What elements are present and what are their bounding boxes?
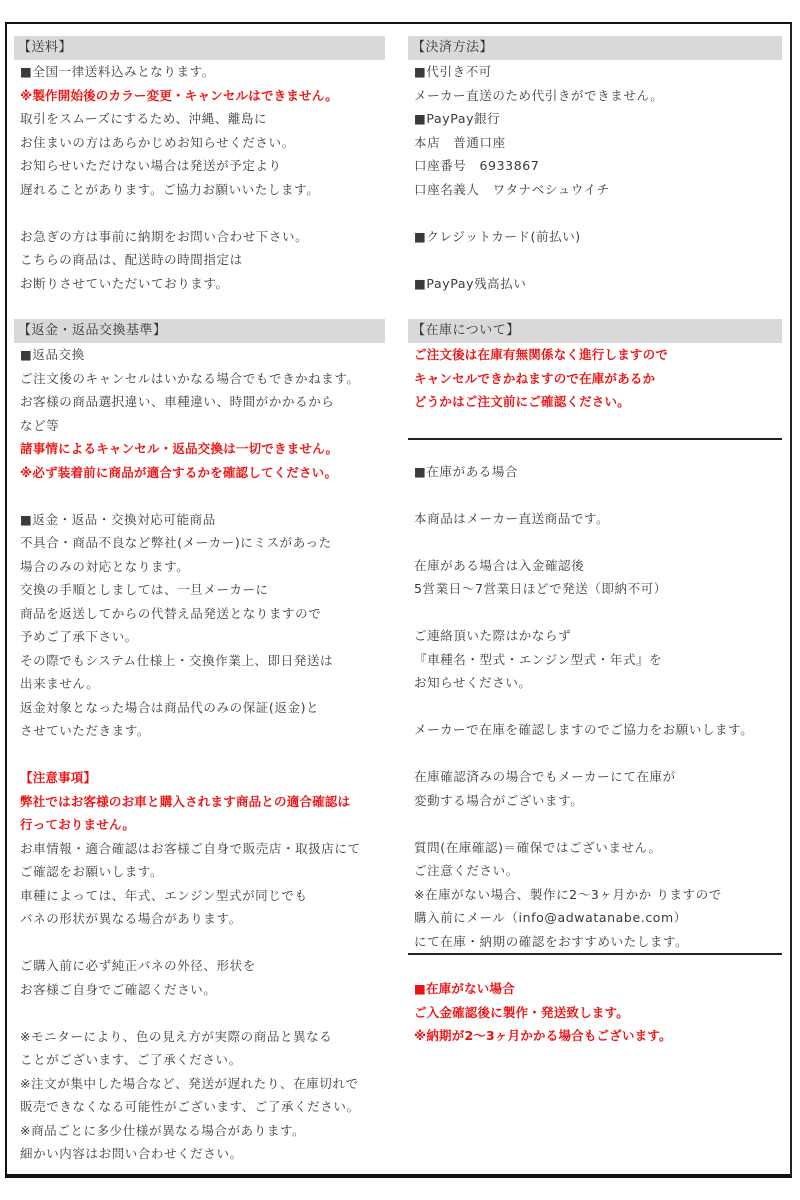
text-line: バネの形状が異なる場合があります。 <box>14 907 385 931</box>
spacer <box>408 414 782 438</box>
text-line: ■PayPay銀行 <box>408 107 782 131</box>
blank-line <box>14 1001 385 1025</box>
text-line: ※注文が集中した場合など、発送が遅れたり、在庫切れで <box>14 1072 385 1096</box>
text-line: ■在庫がある場合 <box>408 460 782 484</box>
text-line: お断りさせていただいております。 <box>14 272 385 296</box>
text-line: ※必ず装着前に商品が適合するかを確認してください。 <box>14 461 385 485</box>
blank-line <box>408 530 782 554</box>
returns-lines: ■返品交換ご注文後のキャンセルはいかなる場合でもできかねます。お客様の商品選択違… <box>14 343 385 1166</box>
text-line: ■在庫がない場合 <box>408 977 782 1001</box>
text-line: 5営業日〜7営業日ほどで発送（即納不可） <box>408 577 782 601</box>
text-line: ※モニターにより、色の見え方が実際の商品と異なる <box>14 1025 385 1049</box>
spacer <box>14 295 385 319</box>
text-line: ことがございます、ご了承ください。 <box>14 1048 385 1072</box>
text-line: 口座名義人 ワタナベシュウイチ <box>408 178 782 202</box>
text-line: 遅れることがあります。ご協力お願いいたします。 <box>14 178 385 202</box>
text-line: 諸事情によるキャンセル・返品交換は一切できません。 <box>14 437 385 461</box>
text-line: ■代引き不可 <box>408 60 782 84</box>
blank-line <box>14 201 385 225</box>
blank-line <box>408 201 782 225</box>
payment-lines: ■代引き不可メーカー直送のため代引きができません。■PayPay銀行本店 普通口… <box>408 60 782 295</box>
text-line: ※納期が2〜3ヶ月かかる場合もございます。 <box>408 1024 782 1048</box>
text-line: キャンセルできかねますので在庫があるか <box>408 367 782 391</box>
text-line: 商品を返送してからの代替え品発送となりますので <box>14 602 385 626</box>
text-line: ご注意ください。 <box>408 859 782 883</box>
spacer <box>408 295 782 319</box>
blank-line <box>408 483 782 507</box>
spacer <box>408 440 782 460</box>
text-line: 車種によっては、年式、エンジン型式が同じでも <box>14 884 385 908</box>
text-line: 口座番号 6933867 <box>408 154 782 178</box>
text-line: 購入前にメール（info@adwatanabe.com） <box>408 906 782 930</box>
text-line: ■返金・返品・交換対応可能商品 <box>14 508 385 532</box>
text-line: 出来ません。 <box>14 672 385 696</box>
text-line: 本店 普通口座 <box>408 131 782 155</box>
text-line: メーカーで在庫を確認しますのでご協力をお願いします。 <box>408 718 782 742</box>
text-line: お客様の商品選択違い、車種違い、時間がかかるから <box>14 390 385 414</box>
text-line: 『車種名・型式・エンジン型式・年式』を <box>408 648 782 672</box>
text-line: ご確認をお願いします。 <box>14 860 385 884</box>
shipping-lines: ■全国一律送料込みとなります。※製作開始後のカラー変更・キャンセルはできません。… <box>14 60 385 295</box>
text-line: 取引をスムーズにするため、沖縄、離島に <box>14 107 385 131</box>
in-stock-lines: ■在庫がある場合本商品はメーカー直送商品です。在庫がある場合は入金確認後5営業日… <box>408 460 782 954</box>
text-line: 弊社ではお客様のお車と購入されます商品との適合確認は <box>14 790 385 814</box>
text-line: 【注意事項】 <box>14 766 385 790</box>
text-line: お知らせください。 <box>408 671 782 695</box>
blank-line <box>14 931 385 955</box>
text-line: お急ぎの方は事前に納期をお問い合わせ下さい。 <box>14 225 385 249</box>
text-line: ご連絡頂いた際はかならず <box>408 624 782 648</box>
text-line: 在庫がある場合は入金確認後 <box>408 554 782 578</box>
section-shipping: 【送料】 ■全国一律送料込みとなります。※製作開始後のカラー変更・キャンセルはで… <box>14 36 385 295</box>
section-header-returns: 【返金・返品交換基準】 <box>14 319 385 343</box>
text-line: 在庫確認済みの場合でもメーカーにて在庫が <box>408 765 782 789</box>
right-column: 【決済方法】 ■代引き不可メーカー直送のため代引きができません。■PayPay銀… <box>408 36 782 1048</box>
section-stock: 【在庫について】 ご注文後は在庫有無関係なく進行しますのでキャンセルできかねます… <box>408 319 782 1048</box>
section-header-payment: 【決済方法】 <box>408 36 782 60</box>
spacer <box>408 955 782 977</box>
text-line: ご注文後は在庫有無関係なく進行しますので <box>408 343 782 367</box>
text-line: お知らせいただけない場合は発送が予定より <box>14 154 385 178</box>
text-line: ■クレジットカード(前払い) <box>408 225 782 249</box>
text-line: こちらの商品は、配送時の時間指定は <box>14 248 385 272</box>
text-line: ご購入前に必ず純正バネの外径、形状を <box>14 954 385 978</box>
section-payment: 【決済方法】 ■代引き不可メーカー直送のため代引きができません。■PayPay銀… <box>408 36 782 295</box>
text-line: 質問(在庫確認)＝確保ではございません。 <box>408 836 782 860</box>
text-line: ※製作開始後のカラー変更・キャンセルはできません。 <box>14 84 385 108</box>
text-line: させていただきます。 <box>14 719 385 743</box>
section-header-shipping: 【送料】 <box>14 36 385 60</box>
text-line: ※在庫がない場合、製作に2〜3ヶ月かか りますので <box>408 883 782 907</box>
text-line: どうかはご注文前にご確認ください。 <box>408 390 782 414</box>
text-line: 細かい内容はお問い合わせください。 <box>14 1142 385 1166</box>
text-line: ■返品交換 <box>14 343 385 367</box>
text-line: 不具合・商品不良など弊社(メーカー)にミスがあった <box>14 531 385 555</box>
text-line: にて在庫・納期の確認をおすすめいたします。 <box>408 930 782 954</box>
text-line: お車情報・適合確認はお客様ご自身で販売店・取扱店にて <box>14 837 385 861</box>
text-line: 行っておりません。 <box>14 813 385 837</box>
text-line: ■全国一律送料込みとなります。 <box>14 60 385 84</box>
text-line: ※商品ごとに多少仕様が異なる場合があります。 <box>14 1119 385 1143</box>
text-line: お住まいの方はあらかじめお知らせください。 <box>14 131 385 155</box>
text-line: 場合のみの対応となります。 <box>14 555 385 579</box>
blank-line <box>408 248 782 272</box>
text-line: その際でもシステム仕様上・交換作業上、即日発送は <box>14 649 385 673</box>
blank-line <box>408 695 782 719</box>
section-returns: 【返金・返品交換基準】 ■返品交換ご注文後のキャンセルはいかなる場合でもできかね… <box>14 319 385 1166</box>
text-line: ご入金確認後に製作・発送致します。 <box>408 1001 782 1025</box>
text-line: 販売できなくなる可能性がございます、ご了承ください。 <box>14 1095 385 1119</box>
text-line: など等 <box>14 414 385 438</box>
blank-line <box>14 484 385 508</box>
out-of-stock-lines: ■在庫がない場合ご入金確認後に製作・発送致します。※納期が2〜3ヶ月かかる場合も… <box>408 977 782 1048</box>
text-line: お客様ご自身でご確認ください。 <box>14 978 385 1002</box>
blank-line <box>408 601 782 625</box>
text-line: 交換の手順としましては、一旦メーカーに <box>14 578 385 602</box>
blank-line <box>408 812 782 836</box>
text-line: ご注文後のキャンセルはいかなる場合でもできかねます。 <box>14 367 385 391</box>
text-line: 予めご了承下さい。 <box>14 625 385 649</box>
stock-intro-lines: ご注文後は在庫有無関係なく進行しますのでキャンセルできかねますので在庫があるかど… <box>408 343 782 414</box>
text-line: 変動する場合がございます。 <box>408 789 782 813</box>
text-line: 返金対象となった場合は商品代のみの保証(返金)と <box>14 696 385 720</box>
section-header-stock: 【在庫について】 <box>408 319 782 343</box>
blank-line <box>14 743 385 767</box>
text-line: ■PayPay残高払い <box>408 272 782 296</box>
text-line: メーカー直送のため代引きができません。 <box>408 84 782 108</box>
blank-line <box>408 742 782 766</box>
info-frame: 【送料】 ■全国一律送料込みとなります。※製作開始後のカラー変更・キャンセルはで… <box>5 22 792 1178</box>
text-line: 本商品はメーカー直送商品です。 <box>408 507 782 531</box>
left-column: 【送料】 ■全国一律送料込みとなります。※製作開始後のカラー変更・キャンセルはで… <box>14 36 385 1166</box>
